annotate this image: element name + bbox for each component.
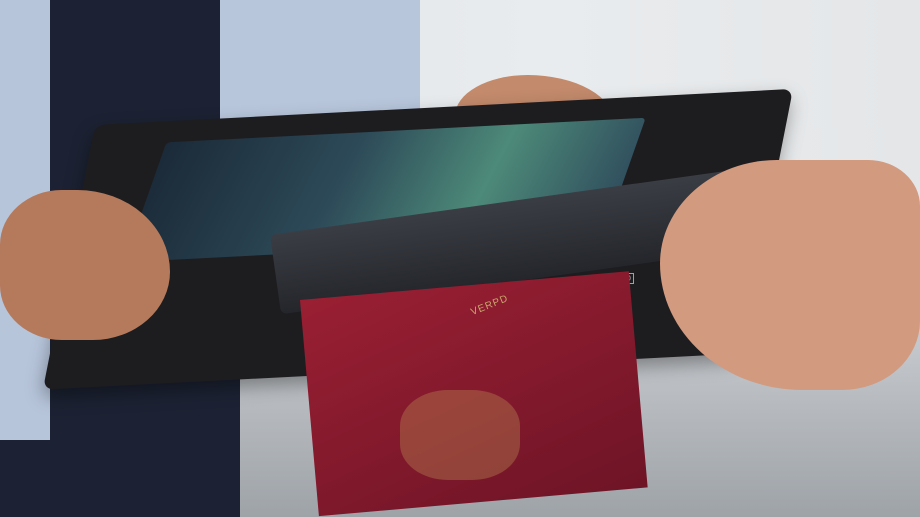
- photo-scene: ID ID VERPD: [0, 0, 920, 517]
- passport-emblem: [400, 390, 520, 480]
